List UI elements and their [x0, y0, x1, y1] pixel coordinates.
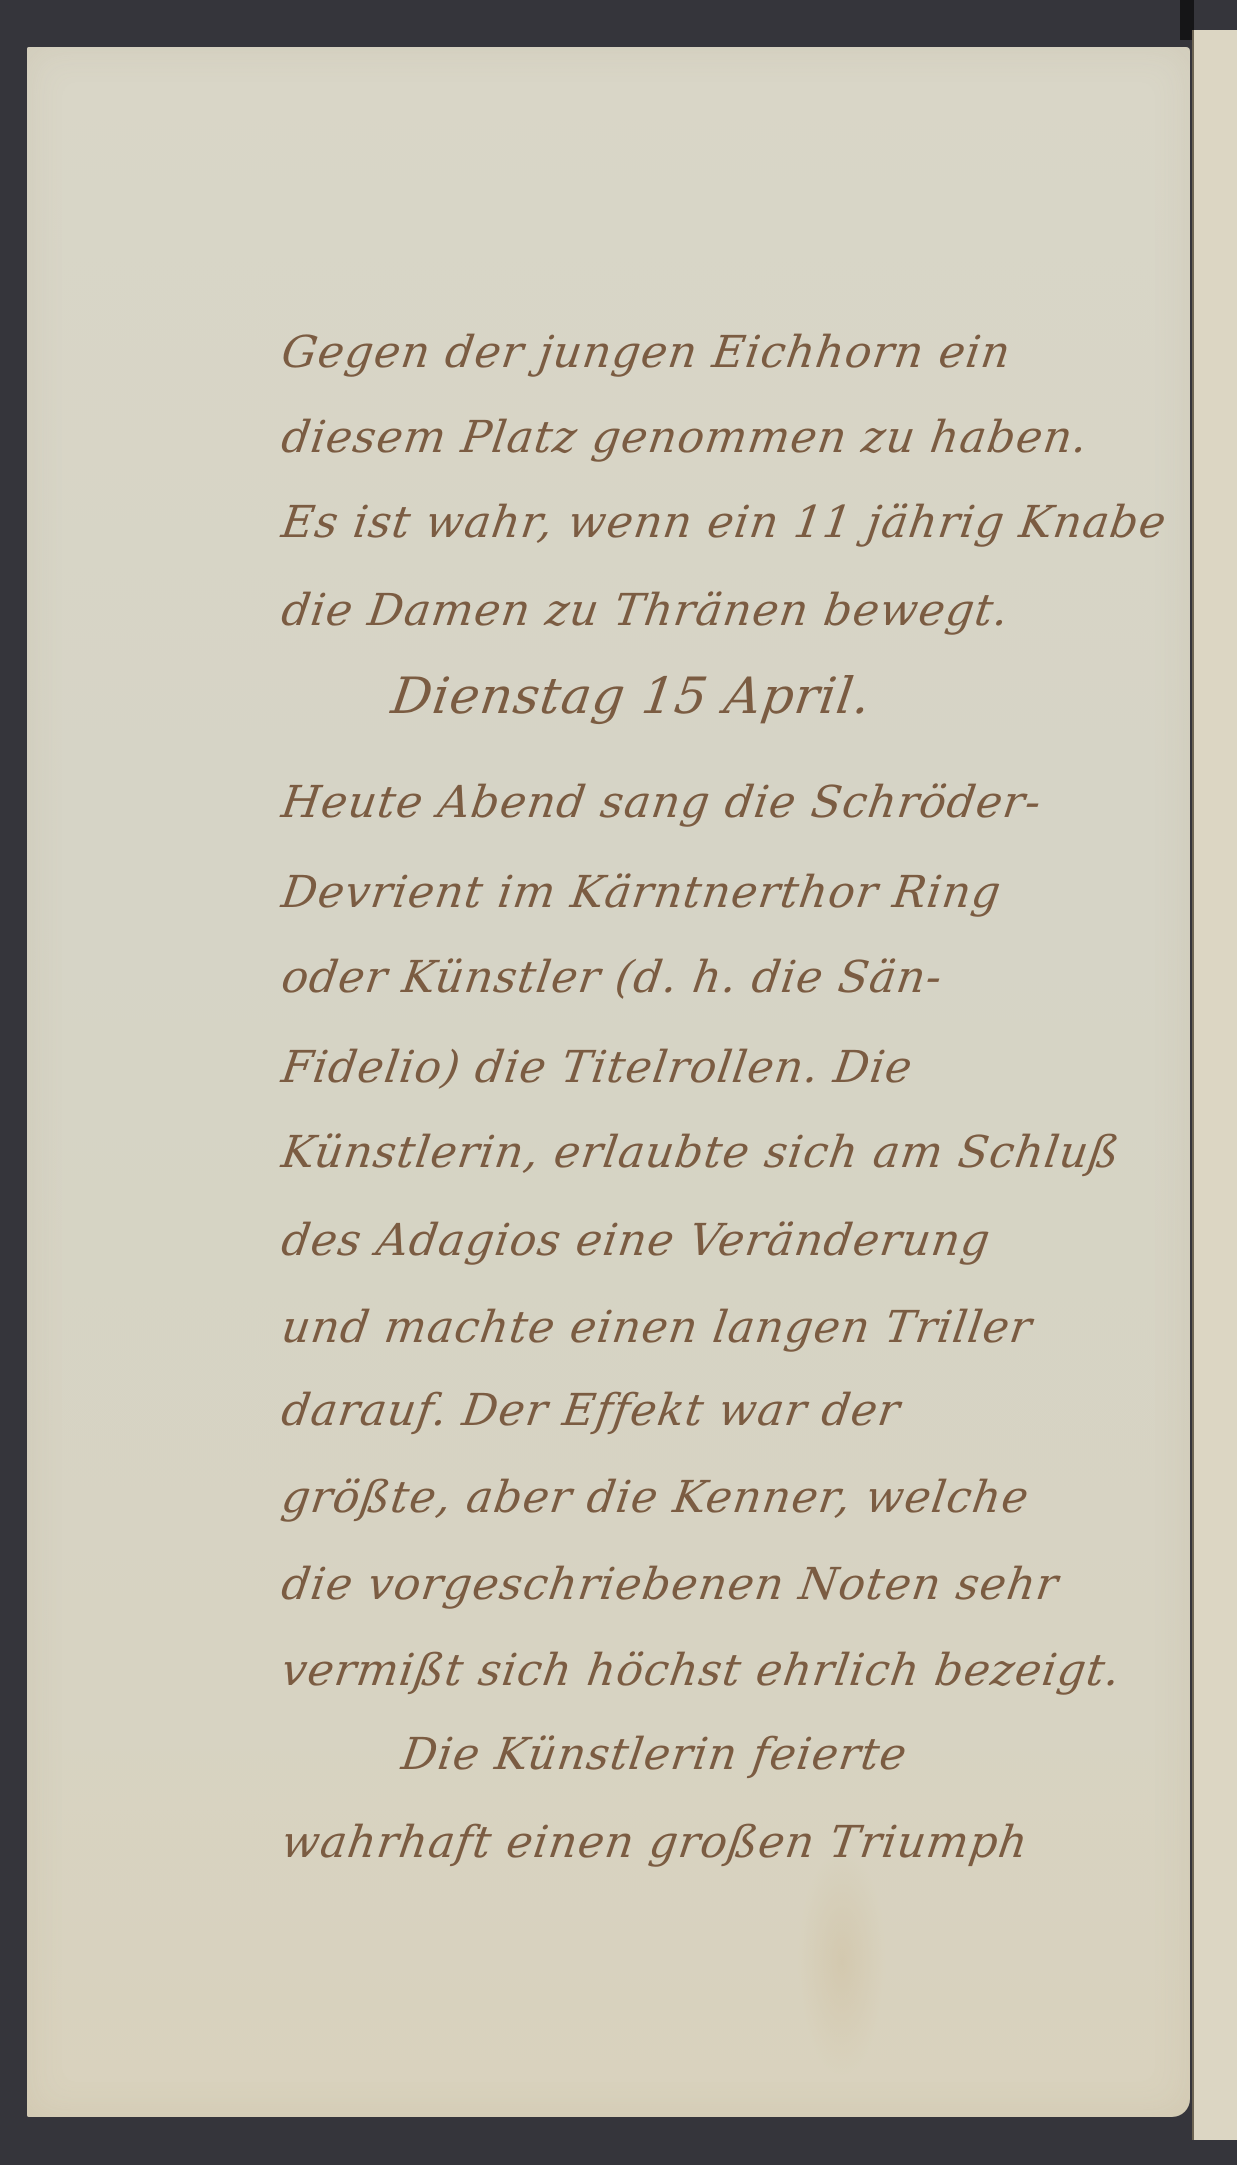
text-line: des Adagios eine Veränderung — [278, 1215, 993, 1266]
entry-date-heading: Dienstag 15 April. — [388, 667, 875, 725]
text-line: die Damen zu Thränen bewegt. — [278, 585, 1012, 636]
text-line: die vorgeschriebenen Noten sehr — [278, 1559, 1062, 1610]
text-line: wahrhaft einen großen Triumph — [278, 1817, 1031, 1868]
text-line: Devrient im Kärntnerthor Ring — [278, 867, 1004, 918]
text-line: vermißt sich höchst ehrlich bezeigt. — [278, 1645, 1123, 1696]
text-line: oder Künstler (d. h. die Sän- — [278, 952, 945, 1003]
text-line: und machte einen langen Triller — [278, 1302, 1035, 1353]
text-line: Es ist wahr, wenn ein 11 jährig Knabe — [278, 497, 1169, 548]
text-line: Fidelio) die Titelrollen. Die — [278, 1042, 916, 1093]
adjacent-page-edge — [1192, 30, 1237, 2140]
text-line: Künstlerin, erlaubte sich am Schluß — [278, 1127, 1123, 1178]
text-line: Die Künstlerin feierte — [398, 1729, 910, 1780]
text-line: Gegen der jungen Eichhorn ein — [278, 327, 1014, 378]
text-line: Heute Abend sang die Schröder- — [278, 777, 1044, 828]
text-line: größte, aber die Kenner, welche — [278, 1472, 1032, 1523]
text-line: darauf. Der Effekt war der — [278, 1385, 903, 1436]
manuscript-page: Gegen der jungen Eichhorn ein diesem Pla… — [27, 47, 1190, 2117]
text-line: diesem Platz genommen zu haben. — [278, 412, 1091, 463]
